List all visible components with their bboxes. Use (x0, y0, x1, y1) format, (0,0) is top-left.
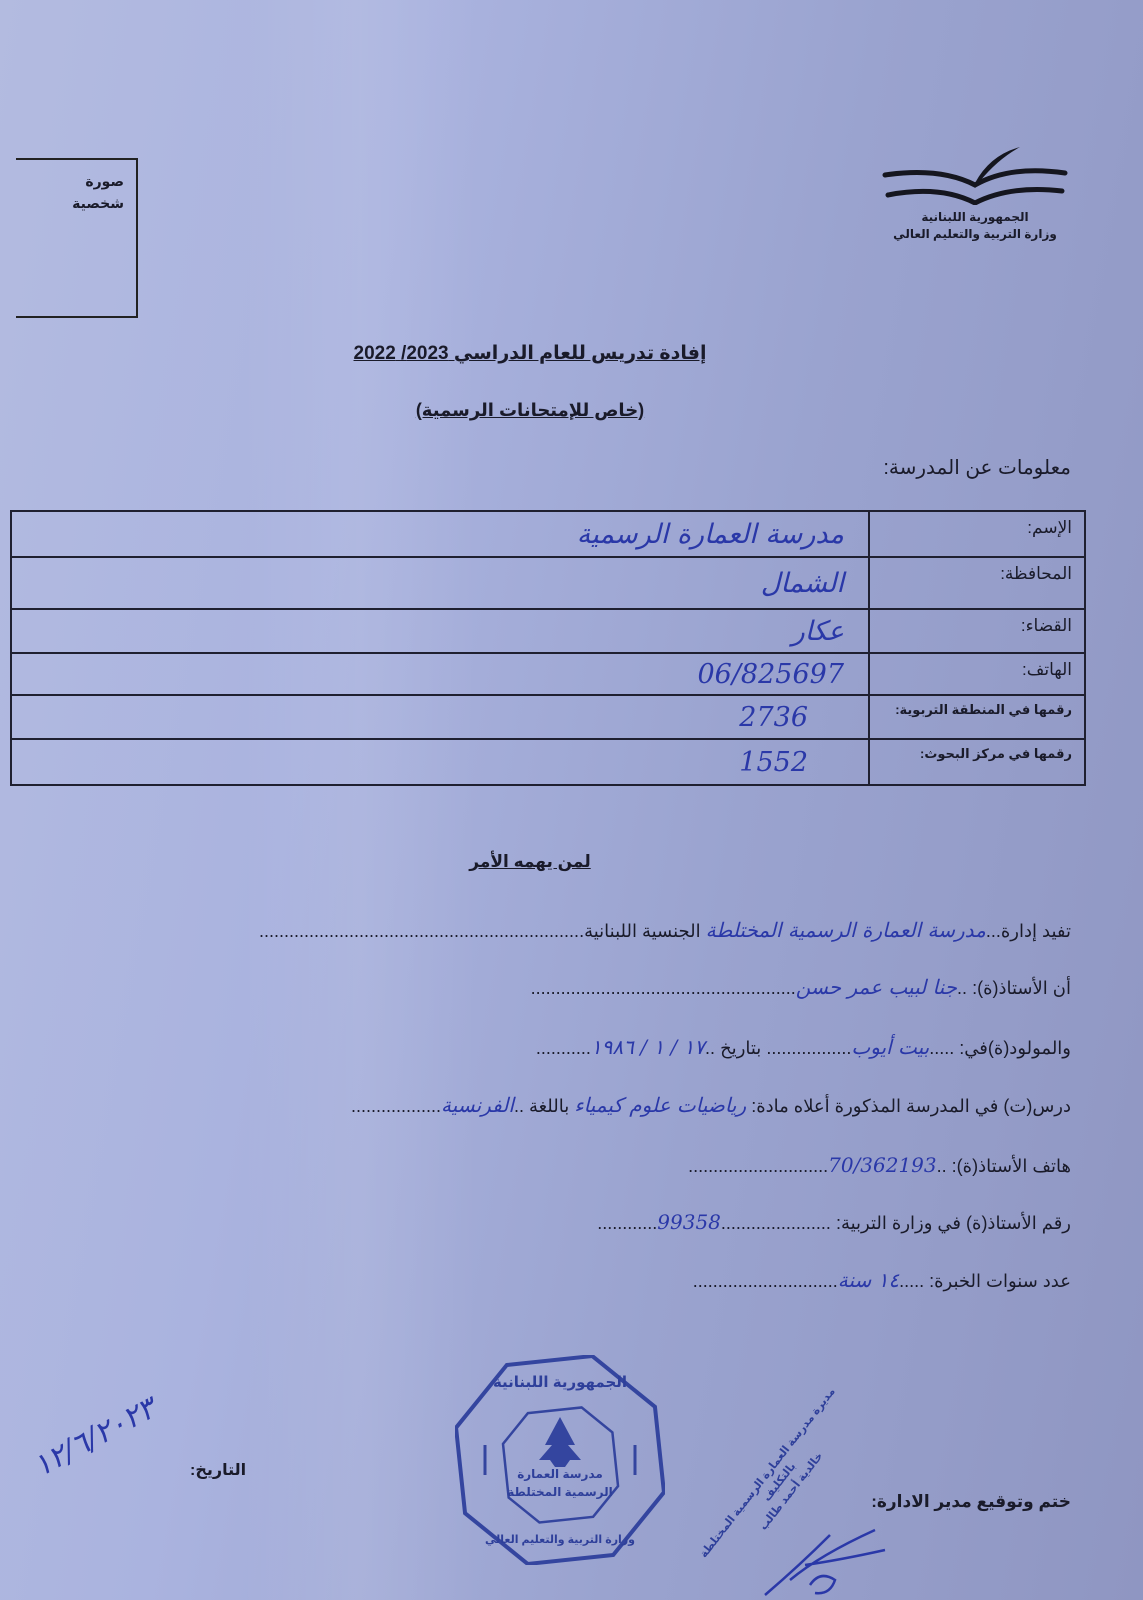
fill-birthdate: ١٧ / ١ / ١٩٨٦ (591, 1035, 705, 1059)
official-school-stamp: الجمهورية اللبنانية مدرسة العمارة الرسمي… (455, 1355, 665, 1565)
value-phone: 06/825697 (11, 653, 869, 695)
photo-label-line1: صورة (72, 170, 124, 192)
certificate-line-teacher-phone: هاتف الأستاذ(ة): ..70/362193............… (688, 1153, 1071, 1177)
open-book-quill-icon (880, 145, 1070, 205)
label-phone: الهاتف: (869, 653, 1085, 695)
to-whom-heading: لمن يهمه الأمر (430, 852, 630, 872)
table-row: رقمها في المنطقة التربوية: 2736 (11, 695, 1085, 739)
label-research-center-number: رقمها في مركز البحوث: (869, 739, 1085, 785)
school-info-table: الإسم: مدرسة العمارة الرسمية المحافظة: ا… (10, 510, 1086, 786)
value-educational-zone-number: 2736 (11, 695, 869, 739)
fill-birthplace: بيت أيوب (851, 1035, 929, 1059)
certificate-line-birth: والمولود(ة)في: .....بيت أيوب............… (536, 1035, 1071, 1059)
stamp-inner-line2: الرسمية المختلطة (507, 1483, 613, 1501)
fill-language: الفرنسية (441, 1093, 514, 1117)
photo-label-line2: شخصية (72, 192, 124, 214)
logo-line-ministry: وزارة التربية والتعليم العالي (880, 226, 1070, 243)
cedar-tree-icon (539, 1417, 581, 1467)
label-district: القضاء: (869, 609, 1085, 653)
school-info-heading: معلومات عن المدرسة: (883, 455, 1071, 480)
stamp-outer-bottom-text: وزارة التربية والتعليم العالي (455, 1533, 665, 1546)
stamp-outer-top-text: الجمهورية اللبنانية (455, 1373, 665, 1391)
value-research-center-number: 1552 (11, 739, 869, 785)
table-row: القضاء: عكار (11, 609, 1085, 653)
certificate-line-school: تفيد إدارة...مدرسة العمارة الرسمية المخت… (259, 918, 1071, 942)
certificate-line-ministry-number: رقم الأستاذ(ة) في وزارة التربية: .......… (597, 1210, 1071, 1234)
table-row: الهاتف: 06/825697 (11, 653, 1085, 695)
table-row: الإسم: مدرسة العمارة الرسمية (11, 511, 1085, 557)
stamp-inner-line1: مدرسة العمارة (507, 1465, 613, 1483)
fill-teacher-phone: 70/362193 (828, 1153, 937, 1177)
label-educational-zone-number: رقمها في المنطقة التربوية: (869, 695, 1085, 739)
certificate-line-teacher: أن الأستاذ(ة): ..جنا لبيب عمر حسن.......… (531, 975, 1071, 999)
value-district: عكار (11, 609, 869, 653)
signature-icon (760, 1525, 890, 1600)
label-name: الإسم: (869, 511, 1085, 557)
paper-fold-shadow (240, 0, 480, 1600)
certificate-line-experience: عدد سنوات الخبرة: .....١٤ سنة...........… (693, 1268, 1071, 1292)
fill-teacher-name: جنا لبيب عمر حسن (796, 975, 957, 999)
document-title: إفادة تدريس للعام الدراسي 2023/ 2022 (330, 342, 730, 365)
document-subtitle: (خاص للإمتحانات الرسمية) (330, 400, 730, 421)
value-governorate: الشمال (11, 557, 869, 609)
photo-placeholder-box: صورة شخصية (16, 158, 138, 318)
value-school-name: مدرسة العمارة الرسمية (11, 511, 869, 557)
fill-experience-years: ١٤ سنة (838, 1268, 899, 1292)
table-row: رقمها في مركز البحوث: 1552 (11, 739, 1085, 785)
fill-subjects: رياضيات علوم كيمياء (574, 1093, 746, 1117)
date-label: التاريخ: (190, 1460, 246, 1480)
logo-line-republic: الجمهورية اللبنانية (880, 209, 1070, 226)
ministry-logo: الجمهورية اللبنانية وزارة التربية والتعل… (880, 145, 1070, 255)
label-governorate: المحافظة: (869, 557, 1085, 609)
signature-label: ختم وتوقيع مدير الادارة: (871, 1492, 1071, 1512)
table-row: المحافظة: الشمال (11, 557, 1085, 609)
fill-school-name: مدرسة العمارة الرسمية المختلطة (706, 918, 986, 942)
date-value: ١٢/٦/٢٠٢٣ (28, 1391, 162, 1484)
fill-ministry-number: 99358 (657, 1210, 721, 1234)
certificate-line-subject: درس(ت) في المدرسة المذكورة أعلاه مادة: ر… (351, 1093, 1071, 1117)
